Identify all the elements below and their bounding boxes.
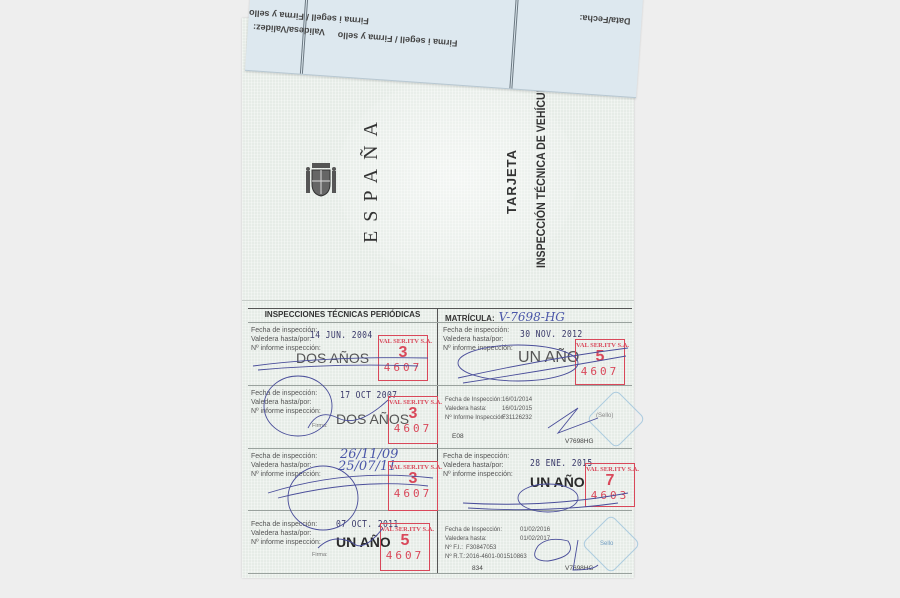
station-stamp: VAL SER.ITV S.A. 3 4607 [388, 396, 438, 444]
label-valedera: Valedera hasta/por: [443, 462, 504, 469]
sello-label: Sello [600, 541, 613, 547]
stamp-code: 4607 [379, 361, 427, 374]
stamp-number: 3 [389, 471, 437, 487]
inspection-date: 28 ENE. 2015 [530, 458, 593, 469]
plate-printed: V7698HG [565, 565, 594, 572]
inspection-entry: Fecha de inspección: Valedera hasta/por:… [440, 323, 629, 385]
label-rt: Nº R.T.: [445, 554, 466, 560]
inspection-table: INSPECCIONES TÉCNICAS PERIÓDICAS MATRÍCU… [248, 308, 632, 574]
back-page-label: Validesa/Validez: [253, 22, 326, 37]
divider [509, 0, 519, 88]
stamp-code: 4603 [586, 489, 634, 502]
inspection-entry: Fecha de inspección: Valedera hasta/por:… [248, 386, 437, 448]
label-informe: Nº informe inspección: [251, 539, 321, 546]
sello-label: (Sello) [596, 413, 613, 419]
label-fecha: Fecha de inspección: [443, 327, 509, 334]
validity: DOS AÑOS [296, 350, 369, 366]
station-code: 834 [472, 565, 483, 572]
inspection-entry: Fecha de inspección: Valedera hasta/por:… [248, 449, 437, 511]
coat-of-arms-icon [304, 161, 338, 199]
label-fecha: Fecha de Inspección: [445, 397, 502, 403]
station-stamp: VAL SER.ITV S.A. 3 4607 [388, 461, 438, 511]
rt-number: 2016-4601-001510863 [466, 554, 527, 560]
itv-card: V-7698-HG ESPAÑA TARJETA INSPECCIÓN TÉCN… [242, 18, 634, 578]
back-page-label: Firma i segell / Firma y sello [337, 30, 457, 48]
station-stamp: VAL SER.ITV S.A. 5 4607 [575, 339, 625, 385]
validity: UN AÑO [518, 349, 579, 367]
label-fecha: Fecha de inspección: [443, 453, 509, 460]
stamp-number: 7 [586, 473, 634, 489]
stamp-number: 3 [379, 345, 427, 361]
plate-printed: V7698HG [565, 438, 594, 445]
label-fecha: Fecha de Inspección: [445, 527, 502, 533]
stamp-code: 4607 [576, 365, 624, 378]
inspection-date: 14 JUN. 2004 [310, 330, 373, 341]
label-valedera: Valedera hasta/por: [251, 399, 312, 406]
inspection-entry-printed: Fecha de Inspección: 16/01/2014 Valedera… [440, 386, 629, 448]
label-valedera: Valedera hasta/por: [251, 530, 312, 537]
stamp-code: 4607 [389, 487, 437, 500]
station-stamp: VAL SER.ITV S.A. 5 4607 [380, 523, 430, 571]
periodic-inspections-header: INSPECCIONES TÉCNICAS PERIÓDICAS [248, 310, 437, 322]
inspection-date: 30 NOV. 2012 [520, 329, 583, 340]
label-fecha: Fecha de inspección: [251, 327, 317, 334]
label-informe: Nº informe inspección: [251, 471, 321, 478]
valid-until: 16/01/2015 [502, 406, 532, 412]
inspection-entry: Fecha de inspección: Valedera hasta/por:… [248, 323, 437, 385]
card-title: INSPECCIÓN TÉCNICA DE VEHÍCULOS [534, 71, 548, 268]
row-line [248, 573, 632, 574]
inspection-date: 01/02/2016 [520, 527, 550, 533]
station-stamp: VAL SER.ITV S.A. 3 4607 [378, 335, 428, 381]
valid-until: 01/02/2017 [520, 536, 550, 542]
label-valedera: Valedera hasta: [445, 536, 487, 542]
plate-header: MATRÍCULA:V-7698-HG [445, 310, 565, 322]
inspection-entry: Fecha de inspección: Valedera hasta/por:… [248, 511, 437, 573]
back-page-label: Data/Fecha: [579, 13, 631, 27]
label-informe: Nº F.I.: [445, 545, 463, 551]
label-fecha: Fecha de inspección: [251, 521, 317, 528]
fold-line [242, 300, 634, 301]
stamp-code: 4607 [381, 549, 429, 562]
stamp-number: 5 [381, 533, 429, 549]
header-line [248, 308, 632, 309]
label-valedera: Valedera hasta/por: [443, 336, 504, 343]
label-fecha: Fecha de inspección: [251, 390, 317, 397]
inspection-entry-printed: Fecha de Inspección: 01/02/2016 Valedera… [440, 511, 629, 573]
stamp-number: 3 [389, 406, 437, 422]
station-code: E08 [452, 433, 464, 440]
label-firma: Firma: [312, 552, 328, 558]
label-informe: Nº Informe Inspección: [445, 415, 506, 421]
label-informe: Nº informe inspección: [251, 408, 321, 415]
country-name: ESPAÑA [360, 113, 383, 243]
label-fecha: Fecha de inspección: [251, 453, 317, 460]
label-valedera: Valedera hasta/por: [251, 462, 312, 469]
stamp-code: 4607 [389, 422, 437, 435]
label-valedera: Valedera hasta/por: [251, 336, 312, 343]
station-stamp: VAL SER.ITV S.A. 7 4603 [585, 463, 635, 507]
label-valedera: Valedera hasta: [445, 406, 487, 412]
report-number: F30847053 [466, 545, 496, 551]
card-type: TARJETA [504, 149, 519, 214]
label-informe: Nº informe inspección: [443, 471, 513, 478]
label-firma: Firma: [312, 423, 328, 429]
blue-seal-icon [586, 389, 645, 448]
stamp-number: 5 [576, 349, 624, 365]
inspection-entry: Fecha de inspección: Valedera hasta/por:… [440, 449, 629, 511]
validity: UN AÑO [530, 474, 585, 490]
report-number: F31126232 [502, 415, 532, 421]
inspection-date: 16/01/2014 [502, 397, 532, 403]
label-informe: Nº informe inspección: [443, 345, 513, 352]
